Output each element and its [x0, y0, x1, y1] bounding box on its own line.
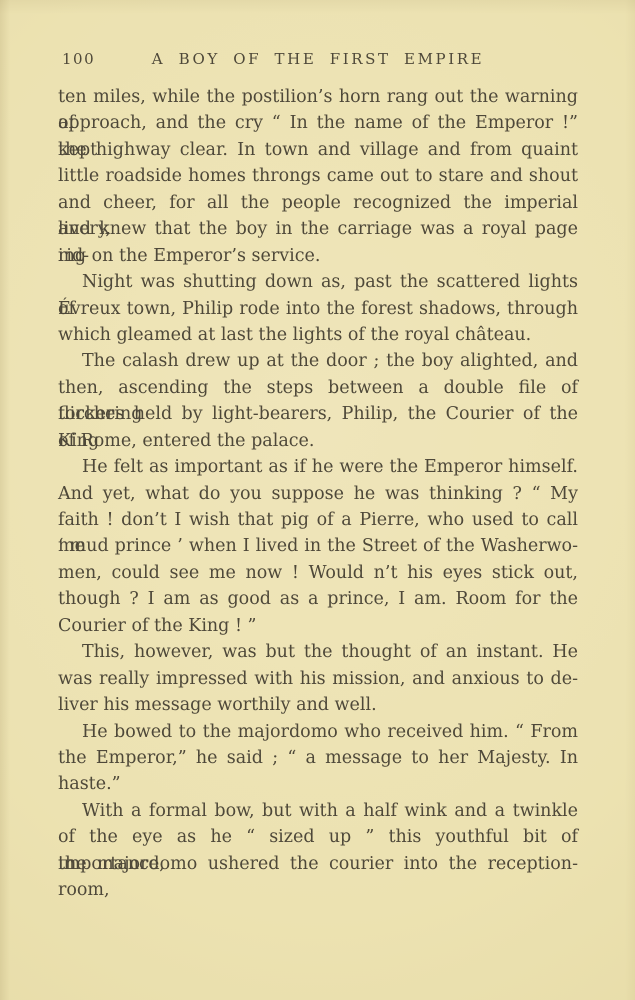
body-text: ten miles, while the postilion’s horn ra…	[58, 84, 578, 877]
text-line: of Rome, entered the palace.	[58, 428, 578, 454]
text-line: ‘ mud prince ’ when I lived in the Stree…	[58, 533, 578, 559]
text-line: of the eye as he “ sized up ” this youth…	[58, 824, 578, 850]
text-line: Courier of the King ! ”	[58, 613, 578, 639]
text-line: Évreux town, Philip rode into the forest…	[58, 296, 578, 322]
text-line: was really impressed with his mission, a…	[58, 666, 578, 692]
text-line: the Emperor,” he said ; “ a message to h…	[58, 745, 578, 771]
text-line: the majordomo ushered the courier into t…	[58, 851, 578, 877]
text-line: approach, and the cry “ In the name of t…	[58, 110, 578, 136]
text-line: which gleamed at last the lights of the …	[58, 322, 578, 348]
text-line: Night was shutting down as, past the sca…	[58, 269, 578, 295]
text-line: then, ascending the steps between a doub…	[58, 375, 578, 401]
text-line: The calash drew up at the door ; the boy…	[58, 348, 578, 374]
text-line: and knew that the boy in the carriage wa…	[58, 216, 578, 242]
text-line: ten miles, while the postilion’s horn ra…	[58, 84, 578, 110]
text-line: though ? I am as good as a prince, I am.…	[58, 586, 578, 612]
text-line: faith ! don’t I wish that pig of a Pierr…	[58, 507, 578, 533]
text-line: torches held by light-bearers, Philip, t…	[58, 401, 578, 427]
page-header: 100 A BOY OF THE FIRST EMPIRE	[58, 48, 578, 70]
text-line: little roadside homes throngs came out t…	[58, 163, 578, 189]
text-line: With a formal bow, but with a half wink …	[58, 798, 578, 824]
running-title: A BOY OF THE FIRST EMPIRE	[58, 50, 578, 68]
text-line: liver his message worthily and well.	[58, 692, 578, 718]
text-line: the highway clear. In town and village a…	[58, 137, 578, 163]
text-line: This, however, was but the thought of an…	[58, 639, 578, 665]
text-line: and cheer, for all the people recognized…	[58, 190, 578, 216]
text-line: And yet, what do you suppose he was thin…	[58, 481, 578, 507]
text-line: haste.”	[58, 771, 578, 797]
book-page-scan: 100 A BOY OF THE FIRST EMPIRE ten miles,…	[0, 0, 635, 1000]
text-line: He felt as important as if he were the E…	[58, 454, 578, 480]
text-line: men, could see me now ! Would n’t his ey…	[58, 560, 578, 586]
text-line: He bowed to the majordomo who received h…	[58, 719, 578, 745]
text-line: ing on the Emperor’s service.	[58, 243, 578, 269]
